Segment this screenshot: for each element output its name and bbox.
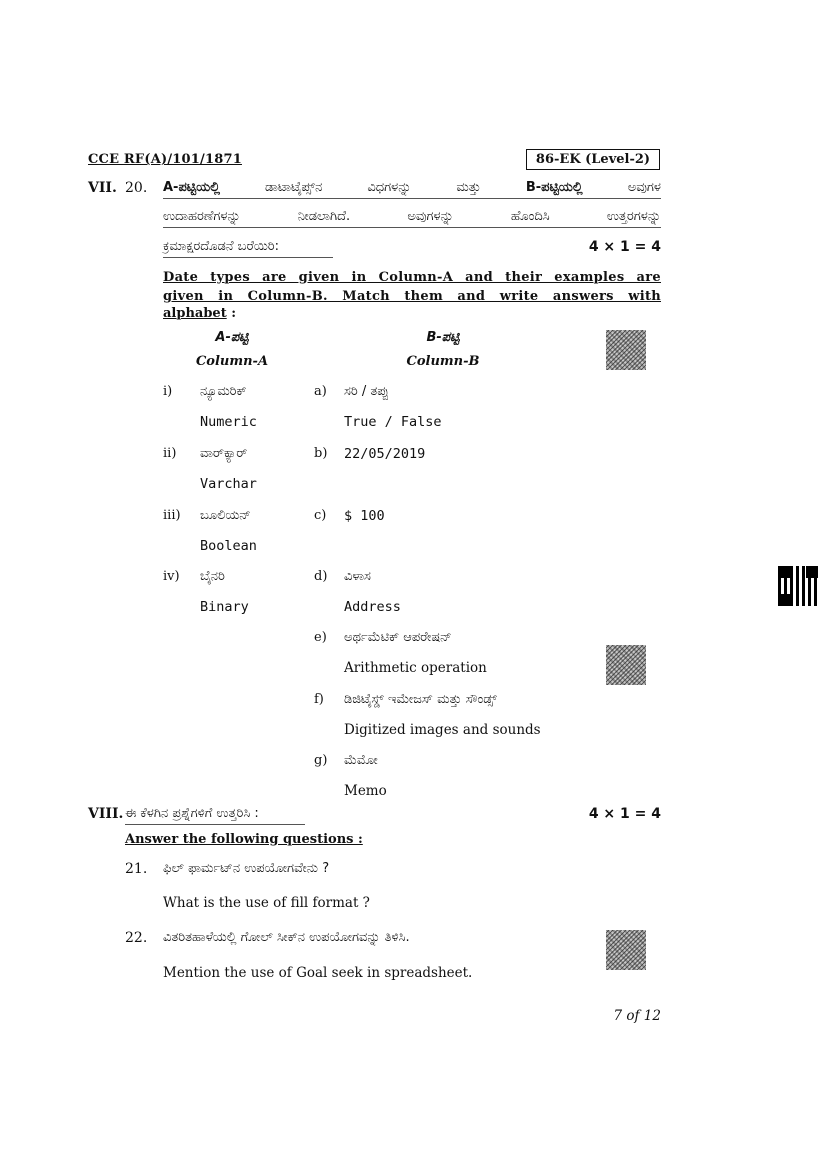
kn-word: ಉತ್ತರಗಳನ್ನು <box>607 209 661 224</box>
column-a-item-label: iii) <box>163 508 181 523</box>
section-8-kannada-heading: ಈ ಕೆಳಗಿನ ಪ್ರಶ್ನೆಗಳಿಗೆ ಉತ್ತರಿಸಿ : <box>125 806 305 825</box>
column-a-item-kannada: ನ್ಯೂಮರಿಕ್ <box>200 384 247 399</box>
question-22-english: Mention the use of Goal seek in spreadsh… <box>163 965 472 981</box>
column-b-item-label: b) <box>314 446 327 461</box>
qr-code-noise-1 <box>606 330 646 370</box>
qr-code-noise-3 <box>606 930 646 970</box>
column-b-item-primary: ಸರಿ / ತಪ್ಪು <box>344 384 389 399</box>
column-b-item-primary: ವಿಳಾಸ <box>344 569 371 584</box>
kannada-instruction-line-1: A-ಪಟ್ಟಿಯಲ್ಲಿ ಡಾಟಾಟೈಪ್ಸ್‌ನ ವಿಧಗಳನ್ನು ಮತ್ತ… <box>163 180 661 199</box>
column-a-item-english: Numeric <box>200 414 257 430</box>
column-b-item-english: Address <box>344 599 401 615</box>
section-roman-8: VIII. <box>88 806 123 822</box>
kn-word: B-ಪಟ್ಟಿಯಲ್ಲಿ <box>526 180 583 195</box>
column-a-kannada: A-ಪಟ್ಟಿ <box>172 330 292 345</box>
english-instruction-line-1: Date types are given in Column-A and the… <box>163 268 661 287</box>
question-21-kannada: ಫಿಲ್ ಫಾರ್ಮಟ್‌ನ ಉಪಯೋಗವೇನು ? <box>163 861 329 876</box>
column-b-item-primary: ಅರ್ಥಮೆಟಿಕ್ ಆಪರೇಷನ್ <box>344 630 452 645</box>
column-b-item-english: True / False <box>344 414 442 430</box>
kn-word: ಮತ್ತು <box>456 180 481 195</box>
english-instruction-line-3: alphabet : <box>163 306 236 321</box>
column-b-item-primary: $ 100 <box>344 508 385 524</box>
paper-id-box: 86-EK (Level-2) <box>526 149 660 170</box>
column-b-item-primary: ಡಿಜಿಟೈಸ್ಡ್ ಇಮೇಜಸ್ ಮತ್ತು ಸೌಂಡ್ಸ್ <box>344 692 497 707</box>
kn-word: ನೀಡಲಾಗಿದೆ. <box>298 209 350 224</box>
instruction-word: alphabet <box>163 306 227 321</box>
column-a-item-english: Binary <box>200 599 249 615</box>
question-number-21: 21. <box>125 861 147 877</box>
question-22-kannada: ವಿತರಿತಹಾಳೆಯಲ್ಲಿ ಗೋಲ್ ಸೀಕ್‌ನ ಉಪಯೋಗವನ್ನು ತ… <box>163 930 410 945</box>
column-b-item-english: Arithmetic operation <box>344 660 487 676</box>
column-a-item-kannada: ಬೈನರಿ <box>200 569 225 584</box>
marks-section-7: 4 × 1 = 4 <box>589 239 661 255</box>
qr-code-noise-2 <box>606 645 646 685</box>
column-b-kannada: B-ಪಟ್ಟಿ <box>383 330 503 345</box>
question-21-english: What is the use of fill format ? <box>163 895 370 911</box>
column-a-item-english: Varchar <box>200 476 257 492</box>
kannada-instruction-line-2: ಉದಾಹರಣೆಗಳನ್ನು ನೀಡಲಾಗಿದೆ. ಅವುಗಳನ್ನು ಹೊಂದಿ… <box>163 209 661 228</box>
column-a-item-label: ii) <box>163 446 176 461</box>
column-a-item-kannada: ವಾರ್‌ಕ್ಯಾರ್ <box>200 446 247 461</box>
kn-word: ಹೊಂದಿಸಿ <box>511 209 550 224</box>
column-b-item-label: f) <box>314 692 324 707</box>
column-b-item-english: Digitized images and sounds <box>344 722 541 738</box>
kn-word: ಉದಾಹರಣೆಗಳನ್ನು <box>163 209 241 224</box>
column-a-item-label: i) <box>163 384 172 399</box>
kn-word: ಡಾಟಾಟೈಪ್ಸ್‌ನ <box>265 180 322 195</box>
section-roman-7: VII. <box>88 180 117 196</box>
kn-word: ಅವುಗಳ <box>628 180 661 195</box>
column-a-item-kannada: ಬೂಲಿಯನ್ <box>200 508 251 523</box>
column-a-english: Column-A <box>172 354 292 369</box>
kn-word: ವಿಧಗಳನ್ನು <box>367 180 411 195</box>
column-b-english: Column-B <box>383 354 503 369</box>
column-b-item-english: Memo <box>344 783 387 799</box>
kn-word: ಅವುಗಳನ್ನು <box>407 209 453 224</box>
page-number: 7 of 12 <box>614 1008 661 1024</box>
question-number-20: 20. <box>125 180 147 196</box>
column-b-item-primary: ಮೆಮೋ <box>344 753 378 768</box>
column-b-item-primary: 22/05/2019 <box>344 446 425 462</box>
column-b-item-label: a) <box>314 384 327 399</box>
kn-word: A-ಪಟ್ಟಿಯಲ್ಲಿ <box>163 180 220 195</box>
qr-code <box>777 565 819 607</box>
kannada-instruction-line-3: ಕ್ರಮಾಕ್ಷರದೊಡನೆ ಬರೆಯಿರಿ: <box>163 239 333 258</box>
column-b-item-label: e) <box>314 630 327 645</box>
english-instruction-line-2: given in Column-B. Match them and write … <box>163 287 661 306</box>
column-b-item-label: c) <box>314 508 326 523</box>
marks-section-8: 4 × 1 = 4 <box>589 806 661 822</box>
paper-code: CCE RF(A)/101/1871 <box>88 152 242 167</box>
column-a-item-label: iv) <box>163 569 180 584</box>
section-8-english-heading: Answer the following questions : <box>125 832 363 847</box>
column-a-item-english: Boolean <box>200 538 257 554</box>
question-number-22: 22. <box>125 930 147 946</box>
column-b-item-label: d) <box>314 569 327 584</box>
instruction-colon: : <box>231 306 236 321</box>
column-b-item-label: g) <box>314 753 327 768</box>
